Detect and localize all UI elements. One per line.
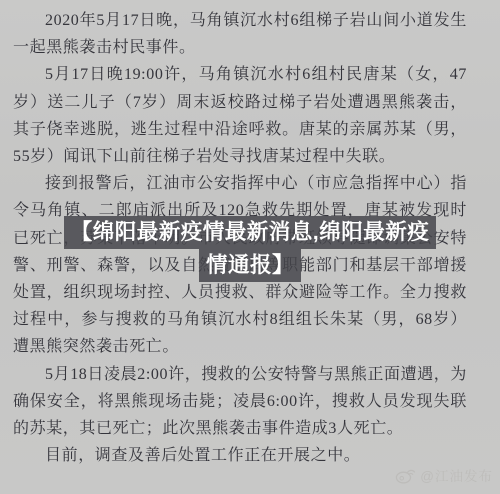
seo-watermark-line2: 情通报】 [199,249,301,282]
seo-watermark-line1: 【绵阳最新疫情最新消息,绵阳最新疫 [64,216,436,249]
seo-watermark-line1-wrap: 【绵阳最新疫情最新消息,绵阳最新疫 [0,216,500,249]
weibo-credit-watermark: @江油发布 [395,465,493,485]
paragraph-attack-details: 5月17日晚19:00许，马角镇沉水村6组村民唐某（女，47岁）送二儿子（7岁）… [13,61,467,170]
weibo-handle: @江油发布 [420,465,493,485]
weibo-icon [395,467,416,484]
seo-watermark-overlay: 【绵阳最新疫情最新消息,绵阳最新疫 情通报】 [0,216,500,282]
seo-watermark-line2-wrap: 情通报】 [0,249,500,282]
paragraph-bear-killed: 5月18日凌晨2:00许，搜救的公安特警与黑熊正面遭遇，为确保安全，将黑熊现场击… [13,361,467,443]
paragraph-incident-summary: 2020年5月17日晚，马角镇沉水村6组梯子岩山间小道发生一起黑熊袭击村民事件。 [13,7,467,61]
